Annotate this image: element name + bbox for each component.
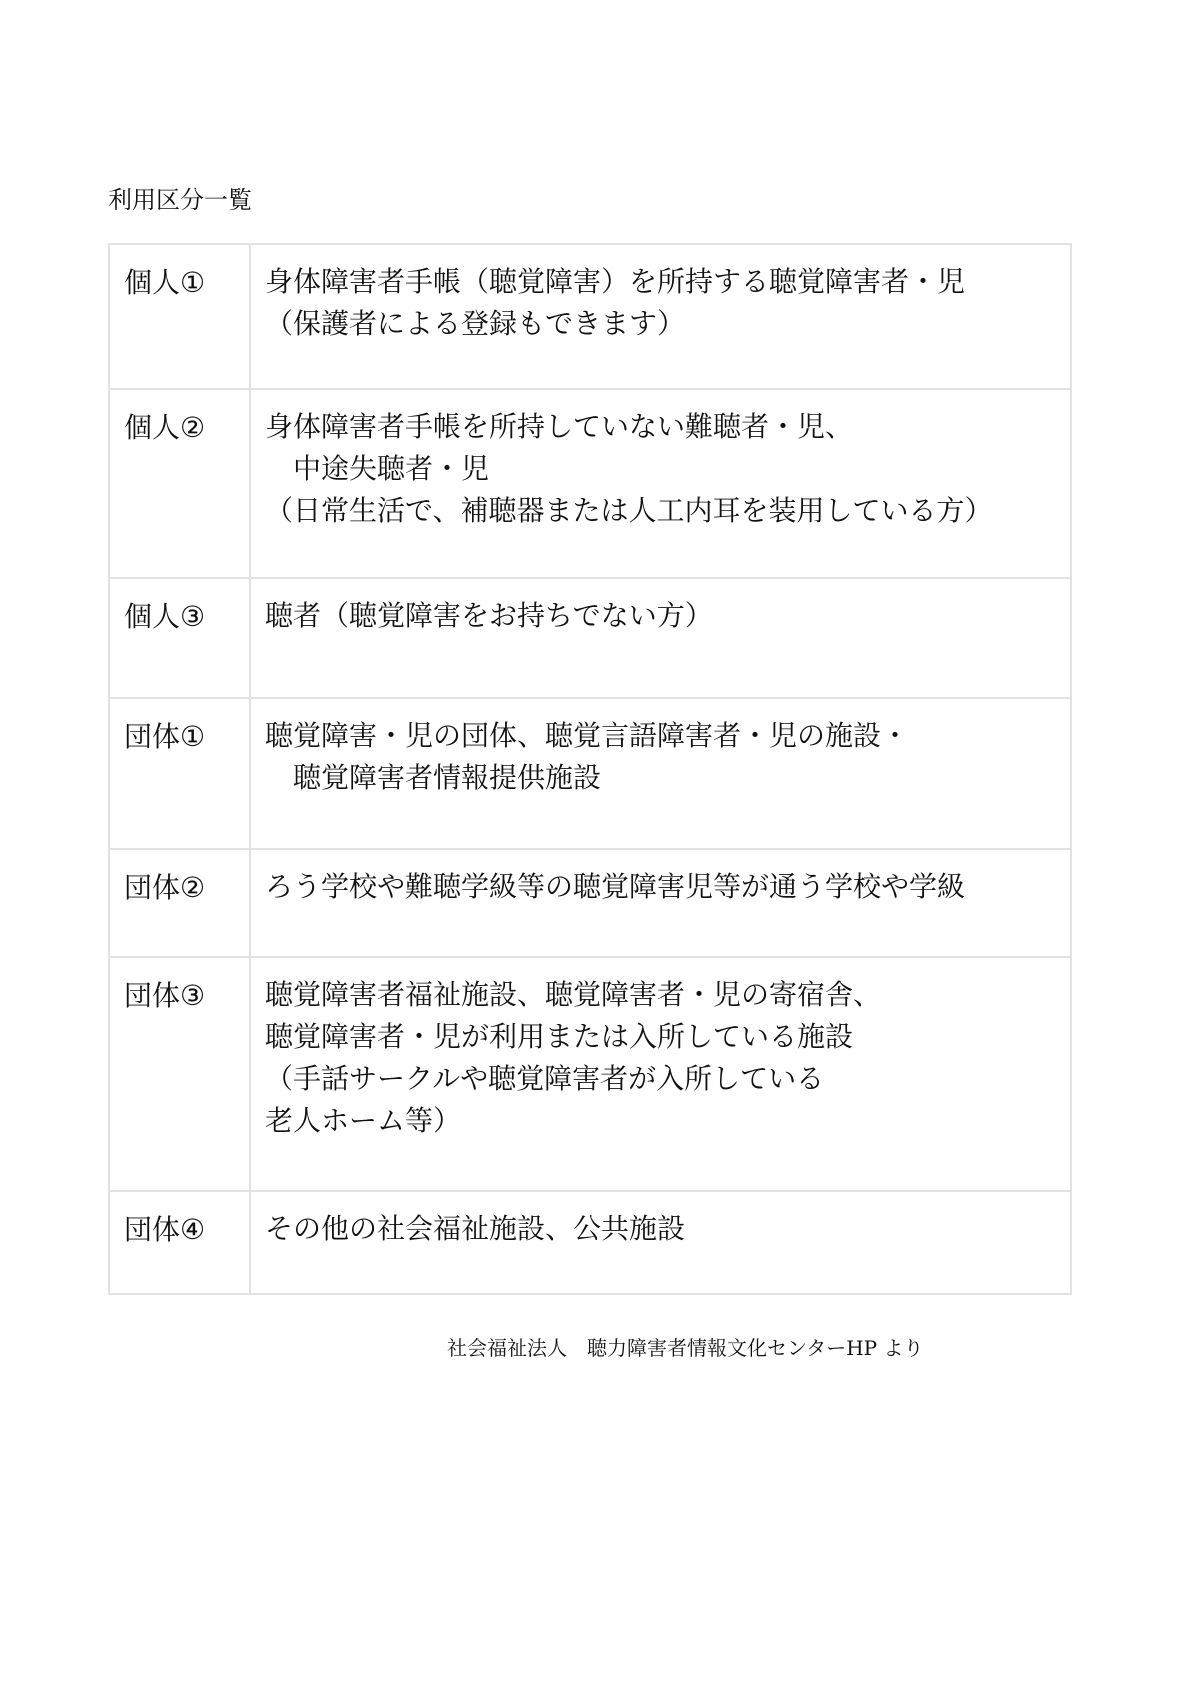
table-row: 個人② 身体障害者手帳を所持していない難聴者・児、 中途失聴者・児 （日常生活で… bbox=[109, 389, 1071, 578]
description-line: その他の社会福祉施設、公共施設 bbox=[265, 1208, 1070, 1250]
description-line: （保護者による登録もできます） bbox=[265, 303, 1070, 345]
description-line: 聴覚障害者情報提供施設 bbox=[265, 757, 1070, 799]
category-cell: 団体④ bbox=[109, 1191, 250, 1294]
category-cell: 個人③ bbox=[109, 578, 250, 698]
description-cell: 聴覚障害者福祉施設、聴覚障害者・児の寄宿舎、 聴覚障害者・児が利用または入所して… bbox=[250, 957, 1071, 1191]
table-row: 個人① 身体障害者手帳（聴覚障害）を所持する聴覚障害者・児 （保護者による登録も… bbox=[109, 244, 1071, 389]
page-title: 利用区分一覧 bbox=[108, 180, 252, 215]
description-line: （日常生活で、補聴器または人工内耳を装用している方） bbox=[265, 490, 1070, 532]
description-line: 身体障害者手帳（聴覚障害）を所持する聴覚障害者・児 bbox=[265, 261, 1070, 303]
description-line: ろう学校や難聴学級等の聴覚障害児等が通う学校や学級 bbox=[265, 866, 1070, 908]
description-line: （手話サークルや聴覚障害者が入所している bbox=[265, 1058, 1070, 1100]
description-cell: 身体障害者手帳を所持していない難聴者・児、 中途失聴者・児 （日常生活で、補聴器… bbox=[250, 389, 1071, 578]
category-cell: 個人② bbox=[109, 389, 250, 578]
category-cell: 団体② bbox=[109, 849, 250, 957]
table-row: 個人③ 聴者（聴覚障害をお持ちでない方） bbox=[109, 578, 1071, 698]
source-credit: 社会福祉法人 聴力障害者情報文化センターHP より bbox=[447, 1332, 923, 1361]
description-cell: 身体障害者手帳（聴覚障害）を所持する聴覚障害者・児 （保護者による登録もできます… bbox=[250, 244, 1071, 389]
description-line: 聴覚障害・児の団体、聴覚言語障害者・児の施設・ bbox=[265, 715, 1070, 757]
description-line: 聴者（聴覚障害をお持ちでない方） bbox=[265, 595, 1070, 637]
table-row: 団体③ 聴覚障害者福祉施設、聴覚障害者・児の寄宿舎、 聴覚障害者・児が利用または… bbox=[109, 957, 1071, 1191]
description-line: 聴覚障害者・児が利用または入所している施設 bbox=[265, 1016, 1070, 1058]
description-line: 身体障害者手帳を所持していない難聴者・児、 bbox=[265, 406, 1070, 448]
table-row: 団体④ その他の社会福祉施設、公共施設 bbox=[109, 1191, 1071, 1294]
category-cell: 団体③ bbox=[109, 957, 250, 1191]
description-cell: 聴者（聴覚障害をお持ちでない方） bbox=[250, 578, 1071, 698]
category-cell: 団体① bbox=[109, 698, 250, 849]
table-row: 団体① 聴覚障害・児の団体、聴覚言語障害者・児の施設・ 聴覚障害者情報提供施設 bbox=[109, 698, 1071, 849]
description-cell: ろう学校や難聴学級等の聴覚障害児等が通う学校や学級 bbox=[250, 849, 1071, 957]
description-line: 聴覚障害者福祉施設、聴覚障害者・児の寄宿舎、 bbox=[265, 974, 1070, 1016]
table-body: 個人① 身体障害者手帳（聴覚障害）を所持する聴覚障害者・児 （保護者による登録も… bbox=[109, 244, 1071, 1294]
description-cell: その他の社会福祉施設、公共施設 bbox=[250, 1191, 1071, 1294]
description-line: 老人ホーム等） bbox=[265, 1100, 1070, 1142]
table-row: 団体② ろう学校や難聴学級等の聴覚障害児等が通う学校や学級 bbox=[109, 849, 1071, 957]
usage-category-table: 個人① 身体障害者手帳（聴覚障害）を所持する聴覚障害者・児 （保護者による登録も… bbox=[108, 243, 1072, 1295]
description-line: 中途失聴者・児 bbox=[265, 448, 1070, 490]
description-cell: 聴覚障害・児の団体、聴覚言語障害者・児の施設・ 聴覚障害者情報提供施設 bbox=[250, 698, 1071, 849]
category-cell: 個人① bbox=[109, 244, 250, 389]
